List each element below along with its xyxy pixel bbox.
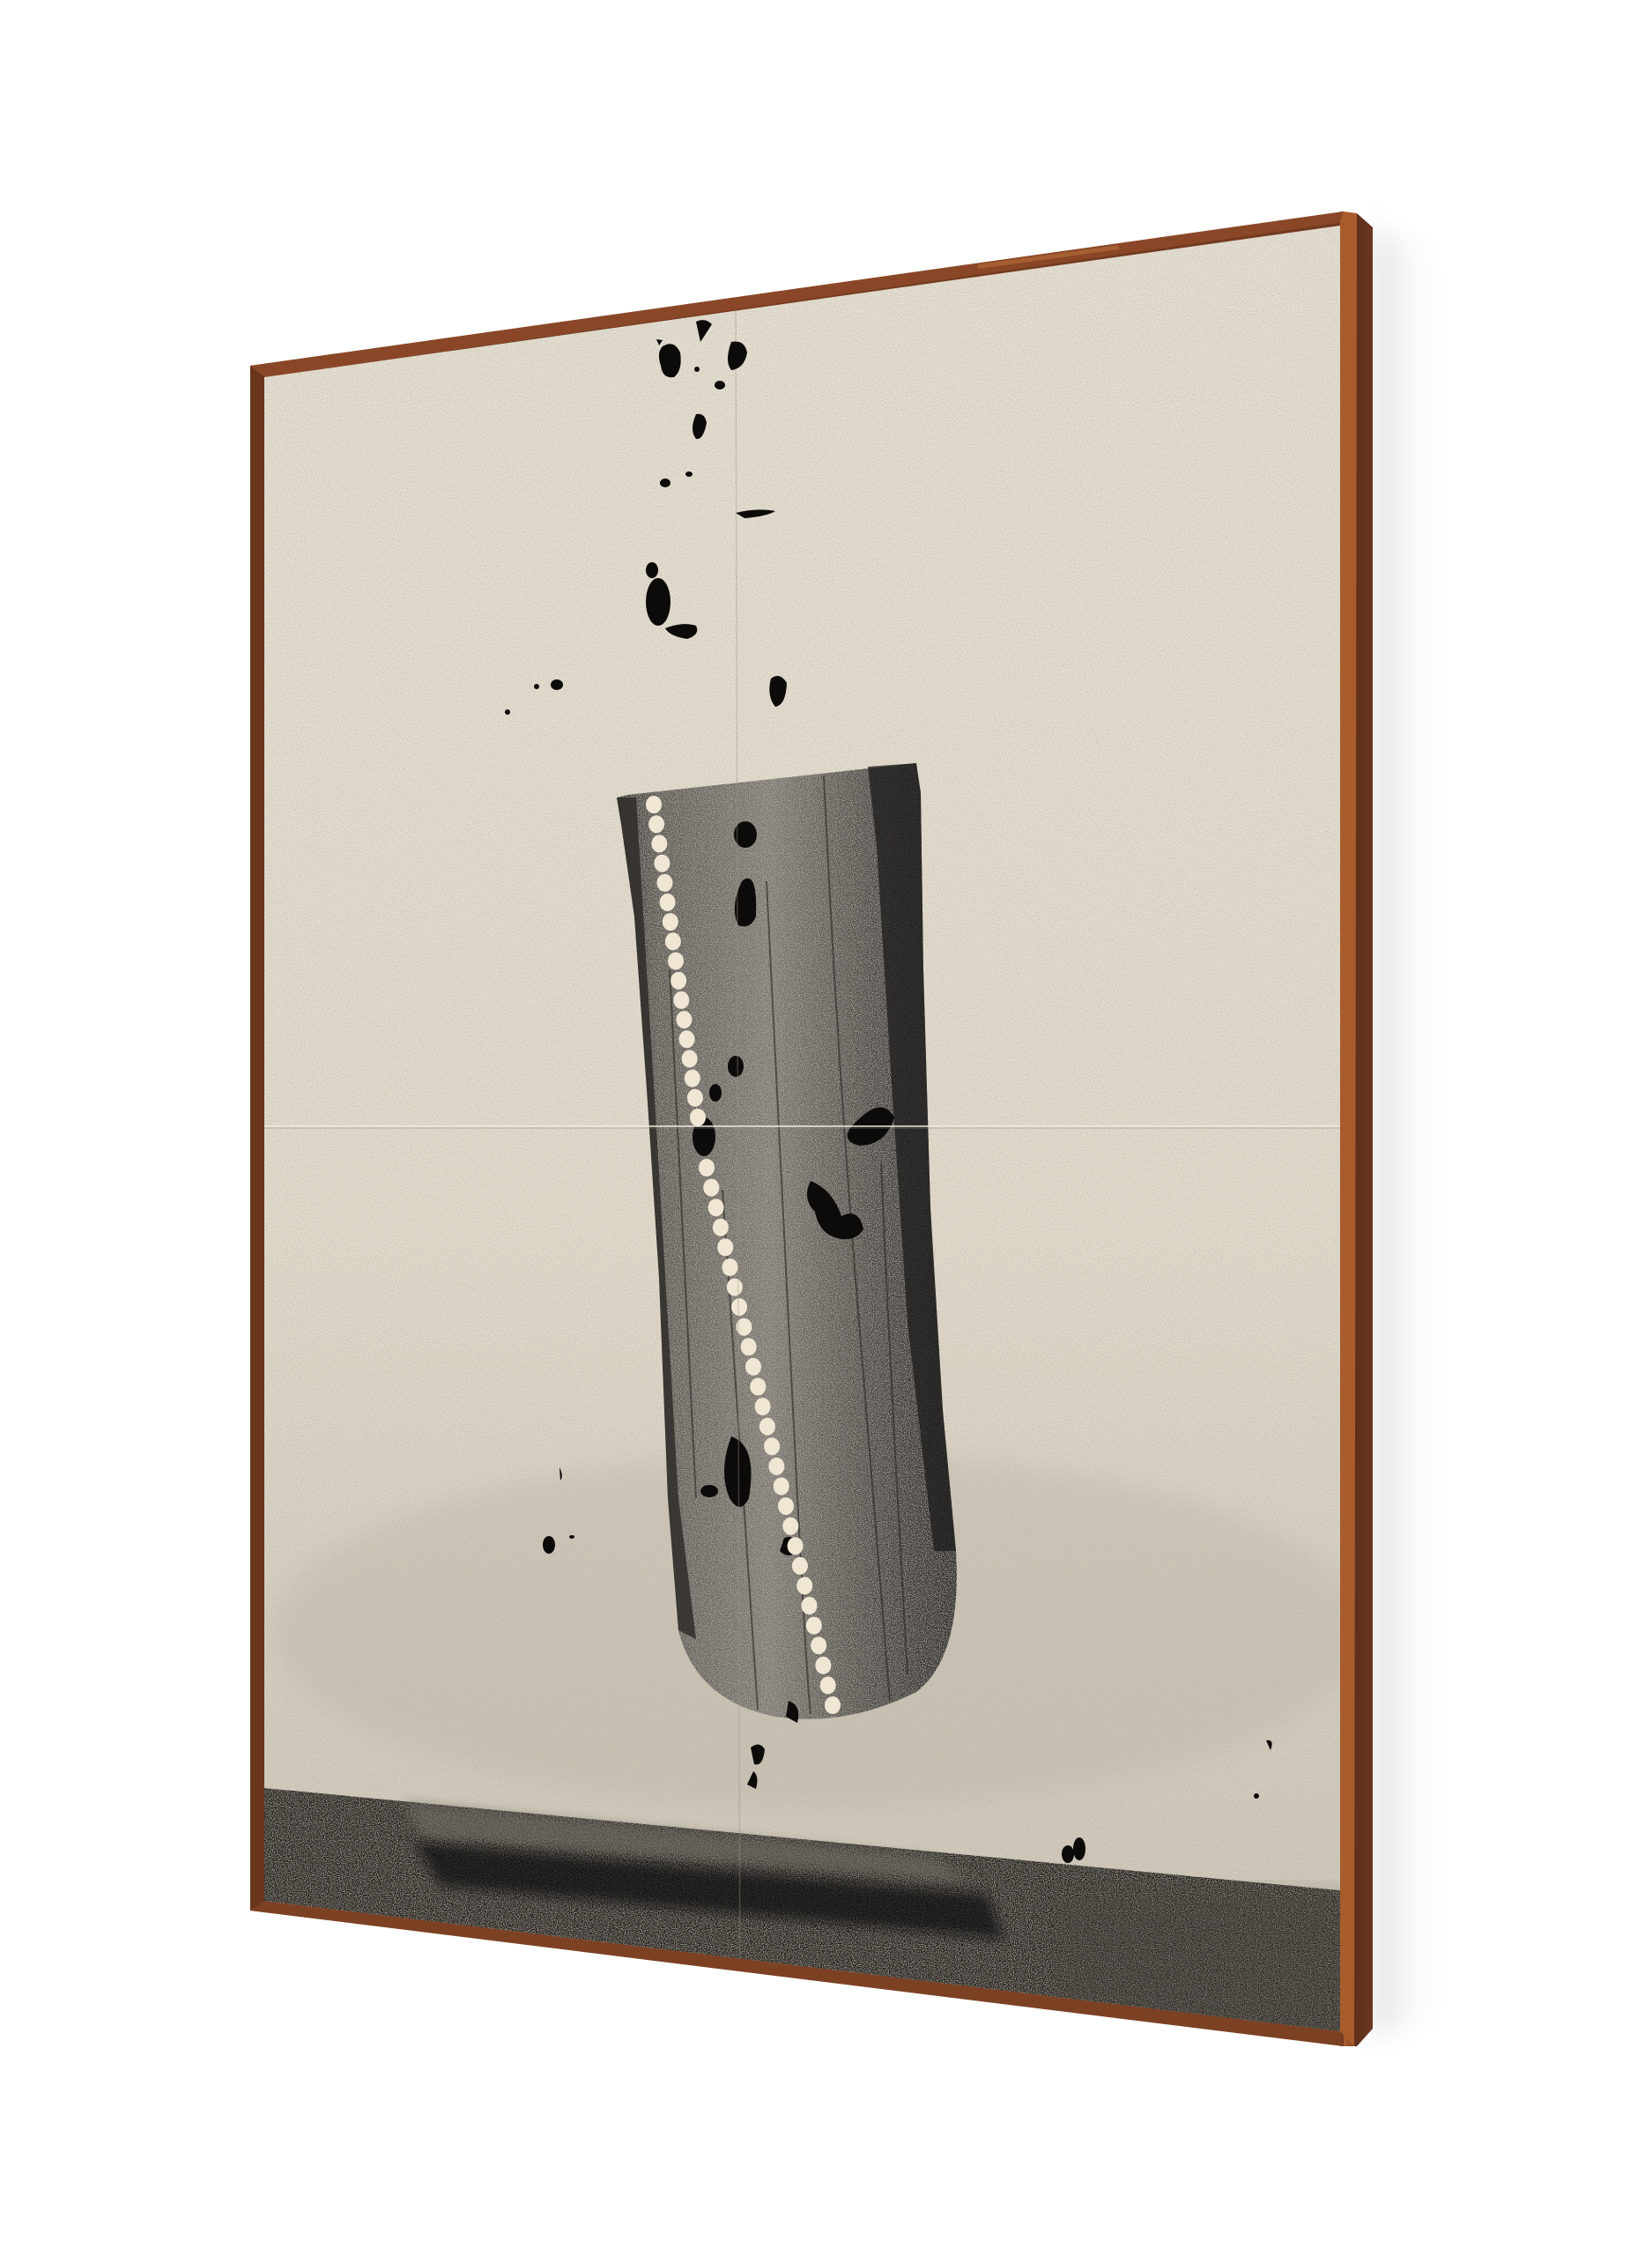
framed-artwork [0, 0, 1652, 2256]
wall-shadow [1371, 229, 1445, 2036]
canvas [256, 211, 1366, 2053]
artwork-photo [0, 0, 1652, 2256]
